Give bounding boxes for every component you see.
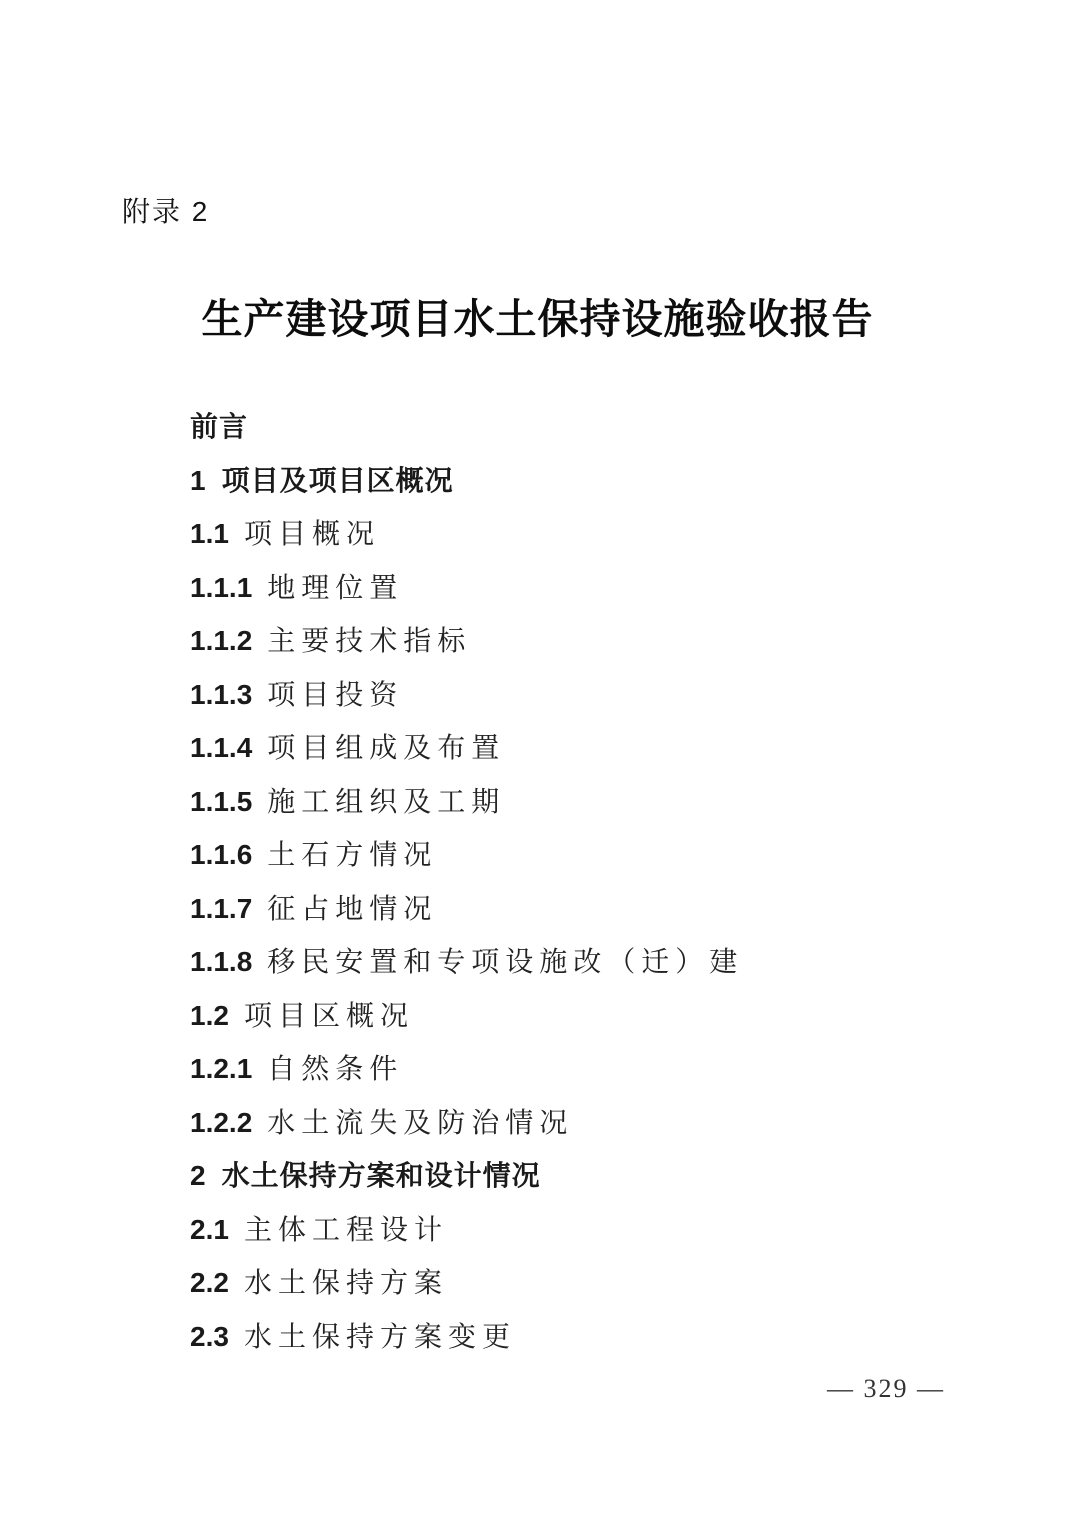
toc-entry-label: 水土保持方案变更 <box>244 1311 516 1365</box>
toc-entry-number: 2.3 <box>190 1310 229 1364</box>
document-page: 附录 2 生产建设项目水土保持设施验收报告 前言 1 项目及项目区概况 1.1 … <box>0 0 1075 1519</box>
toc-entry-number: 1.1.2 <box>190 614 252 668</box>
toc-entry-number: 1.1.1 <box>190 561 252 615</box>
toc-entry-number: 1.2 <box>190 989 229 1043</box>
toc-entry: 1.2.2 水土流失及防治情况 <box>190 1096 743 1150</box>
toc-entry-label: 土石方情况 <box>267 829 437 883</box>
toc-entry-number: 1.1 <box>190 507 229 561</box>
page-number: — 329 — <box>827 1374 945 1404</box>
toc-entry-label: 移民安置和专项设施改（迁）建 <box>267 936 743 990</box>
toc-entry: 1.2.1 自然条件 <box>190 1042 743 1096</box>
toc-entry-number: 2 <box>190 1149 207 1203</box>
toc-entry: 1.1.6 土石方情况 <box>190 828 743 882</box>
toc-entry-label: 前言 <box>190 400 248 454</box>
toc-entry-label: 征占地情况 <box>267 883 437 937</box>
toc-entry-label: 主体工程设计 <box>244 1204 448 1258</box>
toc-entry-number: 1.2.2 <box>190 1096 252 1150</box>
toc-entry-number: 1.2.1 <box>190 1042 252 1096</box>
toc-entry-label: 项目概况 <box>244 508 380 562</box>
toc-entry-number: 1.1.7 <box>190 882 252 936</box>
toc-entry: 2 水土保持方案和设计情况 <box>190 1149 743 1203</box>
toc-entry-label: 施工组织及工期 <box>267 776 505 830</box>
toc-entry: 1.1.5 施工组织及工期 <box>190 775 743 829</box>
toc-entry: 1.1.4 项目组成及布置 <box>190 721 743 775</box>
toc-entry: 1.2 项目区概况 <box>190 989 743 1043</box>
toc-entry-label: 项目组成及布置 <box>267 722 505 776</box>
toc-entry-label: 水土保持方案 <box>244 1257 448 1311</box>
toc-entry-number: 2.1 <box>190 1203 229 1257</box>
toc-entry: 2.2 水土保持方案 <box>190 1256 743 1310</box>
toc-list: 前言 1 项目及项目区概况 1.1 项目概况 1.1.1 地理位置 1.1.2 … <box>190 400 743 1363</box>
appendix-label: 附录 2 <box>122 190 209 230</box>
toc-entry: 前言 <box>190 400 743 454</box>
toc-entry: 2.3 水土保持方案变更 <box>190 1310 743 1364</box>
toc-entry: 1 项目及项目区概况 <box>190 454 743 508</box>
toc-entry-number: 2.2 <box>190 1256 229 1310</box>
toc-entry-label: 地理位置 <box>267 562 403 616</box>
toc-entry: 1.1 项目概况 <box>190 507 743 561</box>
toc-entry: 1.1.3 项目投资 <box>190 668 743 722</box>
toc-entry-number: 1.1.4 <box>190 721 252 775</box>
toc-entry: 2.1 主体工程设计 <box>190 1203 743 1257</box>
toc-entry: 1.1.8 移民安置和专项设施改（迁）建 <box>190 935 743 989</box>
toc-entry-label: 项目区概况 <box>244 990 414 1044</box>
toc-entry-number: 1.1.5 <box>190 775 252 829</box>
toc-entry-label: 自然条件 <box>267 1043 403 1097</box>
document-title: 生产建设项目水土保持设施验收报告 <box>0 286 1075 345</box>
toc-entry: 1.1.1 地理位置 <box>190 561 743 615</box>
toc-entry-number: 1.1.8 <box>190 935 252 989</box>
toc-entry: 1.1.7 征占地情况 <box>190 882 743 936</box>
toc-entry: 1.1.2 主要技术指标 <box>190 614 743 668</box>
toc-entry-number: 1 <box>190 454 207 508</box>
toc-entry-label: 水土保持方案和设计情况 <box>222 1149 541 1203</box>
toc-entry-number: 1.1.3 <box>190 668 252 722</box>
toc-entry-label: 项目及项目区概况 <box>222 454 454 508</box>
toc-entry-label: 水土流失及防治情况 <box>267 1097 573 1151</box>
toc-entry-label: 项目投资 <box>267 669 403 723</box>
toc-entry-number: 1.1.6 <box>190 828 252 882</box>
toc-entry-label: 主要技术指标 <box>267 615 471 669</box>
